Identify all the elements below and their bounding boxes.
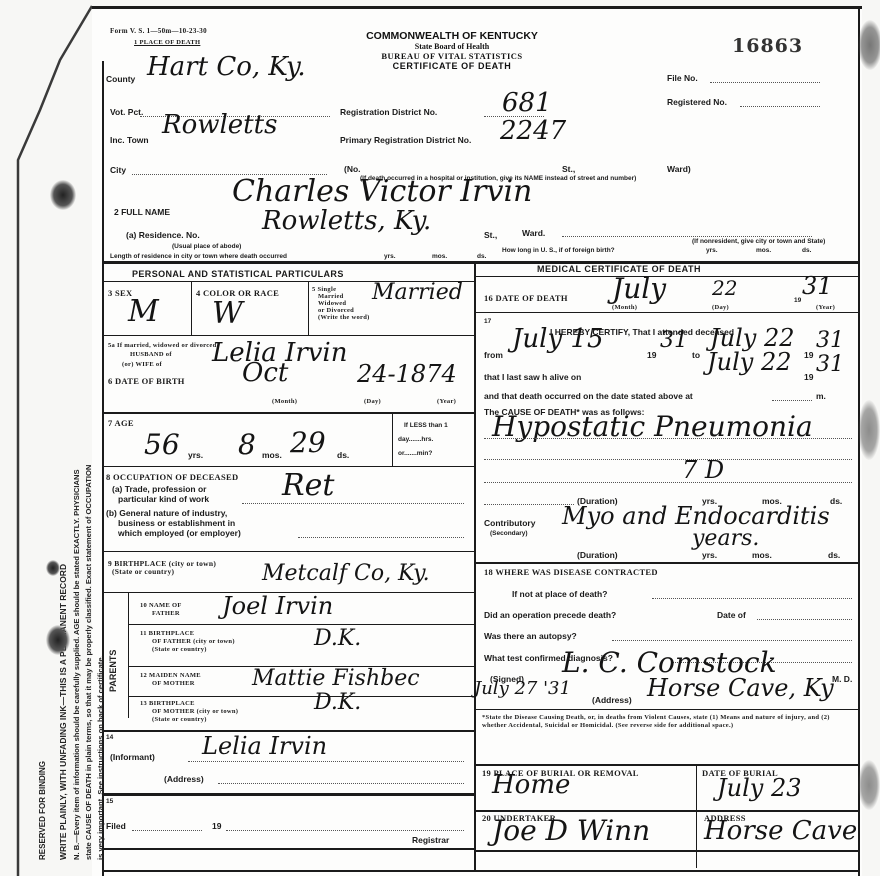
age-years: 56 [144,428,180,461]
not-at-place-label: If not at place of death? [512,589,607,599]
mother-name-label-2: OF MOTHER [152,680,195,688]
foreign-mos-label: mos. [756,247,771,255]
informant-label: (Informant) [110,752,155,762]
divider [128,696,474,697]
divider [476,764,860,766]
divider [102,848,474,850]
full-name-value: Charles Victor Irvin [232,174,532,209]
dod-month: July [612,272,666,305]
header-certificate: CERTIFICATE OF DEATH [342,61,562,71]
spouse-label-1: 5a If married, widowed or divorced [108,342,217,350]
divider [476,810,860,812]
marital-label-5: (Write the word) [318,314,370,322]
last-saw-date: July 22 [707,348,791,376]
margin-note-instruction-1: N. B.—Every item of information should b… [72,469,81,860]
burial-place-value: Home [492,770,570,800]
signer-address-value: Horse Cave, Ky [647,674,834,702]
divider [102,466,474,467]
city-label: City [110,165,126,175]
operation-label: Did an operation precede death? [484,610,616,620]
cause-footnote: *State the Disease Causing Death, or, in… [482,714,852,729]
registered-no-label: Registered No. [667,97,727,107]
mother-name-value: Mattie Fishbec [252,666,420,691]
occupation-a-line [242,503,464,504]
dob-day-year: 24-1874 [357,360,457,388]
dod-day-caption: (Day) [712,304,729,312]
divider [102,412,474,414]
dod-year-caption: (Year) [816,304,835,312]
bottom-border [102,870,860,872]
section-divider [102,261,860,264]
mother-birthplace-1: 13 BIRTHPLACE [140,700,195,708]
scan-shadow [858,760,880,810]
registrar-label: Registrar [412,835,449,845]
last-saw-year: 31 [816,352,844,377]
divider [102,335,474,336]
center-divider [474,261,476,871]
primary-reg-value: 2247 [500,116,566,146]
not-at-place-field[interactable] [652,598,852,599]
dob-month: Oct [242,358,288,388]
residence-ward-line [562,236,812,237]
filed-number: 15 [106,798,113,806]
vot-pct-label: Vot. Pct. [110,107,143,117]
ink-blot [50,180,76,210]
less-than-day-2: day.......hrs. [398,436,433,444]
parents-divider [128,592,129,718]
filed-year-prefix: 19 [212,821,221,831]
informant-address-label: (Address) [164,774,204,784]
to-label: to [692,350,700,360]
ink-blot [46,560,60,576]
marital-value: Married [372,280,463,305]
age-yrs-label: yrs. [188,450,203,460]
duration-ds: ds. [830,496,842,506]
foreign-birth-label: How long in U. S., if of foreign birth? [502,247,615,255]
dod-day: 22 [712,276,737,300]
last-saw-label: that I last saw h alive on [484,372,581,382]
contributory-duration-label: (Duration) [577,550,618,560]
sex-value: M [128,294,159,329]
reg-district-value: 681 [502,88,552,118]
contributory-duration: years. [692,526,759,551]
contributory-label: Contributory [484,518,535,528]
inc-town-label: Inc. Town [110,135,149,145]
ink-blot [46,625,70,655]
st-label: St., [562,164,575,174]
filed-date-field[interactable] [132,830,202,831]
header-commonwealth: COMMONWEALTH OF KENTUCKY [342,30,562,42]
where-contracted-label: 18 WHERE WAS DISEASE CONTRACTED [484,567,658,577]
divider [191,282,192,335]
informant-number: 14 [106,734,113,742]
occupation-a-1: (a) Trade, profession or [112,484,206,494]
filed-label: Filed [106,821,126,831]
age-months: 8 [238,428,256,461]
date-of-label: Date of [717,610,746,620]
occupation-b-3: which employed (or employer) [118,528,241,538]
occupation-label: 8 OCCUPATION OF DECEASED [106,472,238,482]
no-label: (No. [344,164,361,174]
father-name-label-2: FATHER [152,610,180,618]
divider [476,312,860,313]
full-name-label: 2 FULL NAME [114,207,170,217]
parents-label: PARENTS [108,650,118,692]
autopsy-field[interactable] [612,640,852,641]
occupation-b-line [298,537,464,538]
from-date: July 15 [512,324,604,354]
dob-month-caption: (Month) [272,398,297,406]
cause-extra: 7 D [682,456,724,484]
header-board: State Board of Health [342,42,562,51]
margin-note-reserved: RESERVED FOR BINDING [38,761,47,860]
father-birthplace-1: 11 BIRTHPLACE [140,630,194,638]
from-label: from [484,350,503,360]
length-ds-label: ds. [477,253,486,261]
undertaker-address-value: Horse Cave [704,816,857,846]
secondary-label: (Secondary) [490,530,528,538]
cause-line-1 [484,438,852,439]
county-value: Hart Co, Ky. [147,52,306,82]
margin-note-write-plainly: WRITE PLAINLY, WITH UNFADING INK—THIS IS… [58,564,68,860]
spouse-label-3: (or) WIFE of [122,361,162,369]
mother-birthplace-2: OF MOTHER (city or town) [152,708,238,716]
dob-day-caption: (Day) [364,398,381,406]
time-of-death-field[interactable] [772,400,812,401]
father-name-label-1: 10 NAME OF [140,602,182,610]
ward-label: Ward) [667,164,691,174]
cause-line-2 [484,459,852,460]
contributory-yrs: yrs. [702,550,717,560]
informant-address-field[interactable] [218,783,464,784]
duration-line [484,504,574,505]
to-year: 31 [816,328,844,353]
father-birthplace-2: OF FATHER (city or town) [152,638,235,646]
length-residence-label: Length of residence in city or town wher… [110,253,287,261]
father-name-value: Joel Irvin [222,592,333,620]
age-mos-label: mos. [262,450,282,460]
undertaker-value: Joe D Winn [492,814,650,847]
county-label: County [106,74,135,84]
divider [476,709,860,710]
occupation-b-2: business or establishment in [118,518,235,528]
occupation-b-1: (b) General nature of industry, [106,508,227,518]
dod-month-caption: (Month) [612,304,637,312]
to-year-prefix: 19 [804,350,813,360]
from-year-prefix: 19 [647,350,656,360]
divider [476,562,860,564]
form-number: Form V. S. 1—50m—10-23-30 [110,28,207,36]
informant-line [188,761,464,762]
dod-year: 31 [802,272,833,300]
last-saw-year-prefix: 19 [804,372,813,382]
scan-shadow [858,20,880,70]
less-than-day-1: If LESS than 1 [404,422,448,430]
m-label: m. [816,391,826,401]
foreign-ds-label: ds. [802,247,811,255]
residence-ward-label: Ward. [522,228,545,238]
death-occurred-text: and that death occurred on the date stat… [484,391,693,401]
contributory-mos: mos. [752,550,772,560]
dod-label: 16 DATE OF DEATH [484,293,568,303]
usual-place-note: (Usual place of abode) [172,243,241,251]
age-days: 29 [290,426,326,459]
reg-district-label: Registration District No. [340,107,437,117]
color-race-value: W [212,296,243,331]
length-yrs-label: yrs. [384,253,396,261]
mother-birthplace-3: (State or country) [152,716,207,724]
divider [102,793,474,796]
divider [308,282,309,335]
birthplace-label-2: (State or country) [112,568,174,576]
mother-name-label-1: 12 MAIDEN NAME [140,672,201,680]
dod-year-prefix: 19 [794,297,801,305]
spouse-label-2: HUSBAND of [130,351,172,359]
personal-section-title: PERSONAL AND STATISTICAL PARTICULARS [132,269,344,279]
file-no-label: File No. [667,73,698,83]
death-certificate: Form V. S. 1—50m—10-23-30 1 PLACE OF DEA… [92,6,862,876]
age-label: 7 AGE [108,418,134,428]
contributory-ds: ds. [828,550,840,560]
autopsy-label: Was there an autopsy? [484,631,577,641]
foreign-yrs-label: yrs. [706,247,718,255]
from-year: 31 [660,328,688,353]
less-than-day-3: or.......min? [398,450,432,458]
residence-value: Rowletts, Ky. [262,206,431,236]
signed-date: July 27 '31 [474,678,571,699]
nonresident-note: (If nonresident, give city or town and S… [692,238,825,246]
father-birthplace-value: D.K. [314,626,361,651]
dob-label: 6 DATE OF BIRTH [108,376,185,386]
age-ds-label: ds. [337,450,349,460]
registered-no-field[interactable] [740,106,820,107]
margin-note-instruction-3: is very important. See instructions on b… [96,655,105,860]
divider [128,624,474,625]
md-label: M. D. [832,674,852,684]
top-border [92,6,862,9]
divider [696,766,697,868]
signer-address-label: (Address) [592,695,632,705]
header-bureau: BUREAU OF VITAL STATISTICS [342,51,562,61]
place-of-death-heading: 1 PLACE OF DEATH [134,39,200,47]
cause-line-3 [484,482,852,483]
margin-note-instruction-2: state CAUSE OF DEATH in plain terms, so … [84,465,93,860]
divider [476,850,860,852]
mother-birthplace-value: D.K. [314,690,361,715]
father-birthplace-3: (State or country) [152,646,207,654]
primary-reg-label: Primary Registration District No. [340,135,471,145]
divider [102,551,474,552]
burial-date-value: July 23 [717,774,801,802]
occupation-value: Ret [282,468,334,503]
divider [392,414,393,466]
residence-label: (a) Residence. No. [126,230,200,240]
dob-year-caption: (Year) [437,398,456,406]
birthplace-value: Metcalf Co, Ky. [262,561,430,586]
file-no-field[interactable] [710,82,820,83]
certify-number: 17 [484,318,491,326]
operation-date-field[interactable] [757,619,852,620]
occupation-a-2: particular kind of work [118,494,209,504]
scan-shadow [858,400,880,460]
certificate-number: 16863 [732,35,803,57]
registrar-field[interactable] [226,830,464,831]
informant-value: Lelia Irvin [202,732,327,760]
inc-town-value: Rowletts [162,110,277,140]
length-mos-label: mos. [432,253,447,261]
residence-st-label: St., [484,230,497,240]
